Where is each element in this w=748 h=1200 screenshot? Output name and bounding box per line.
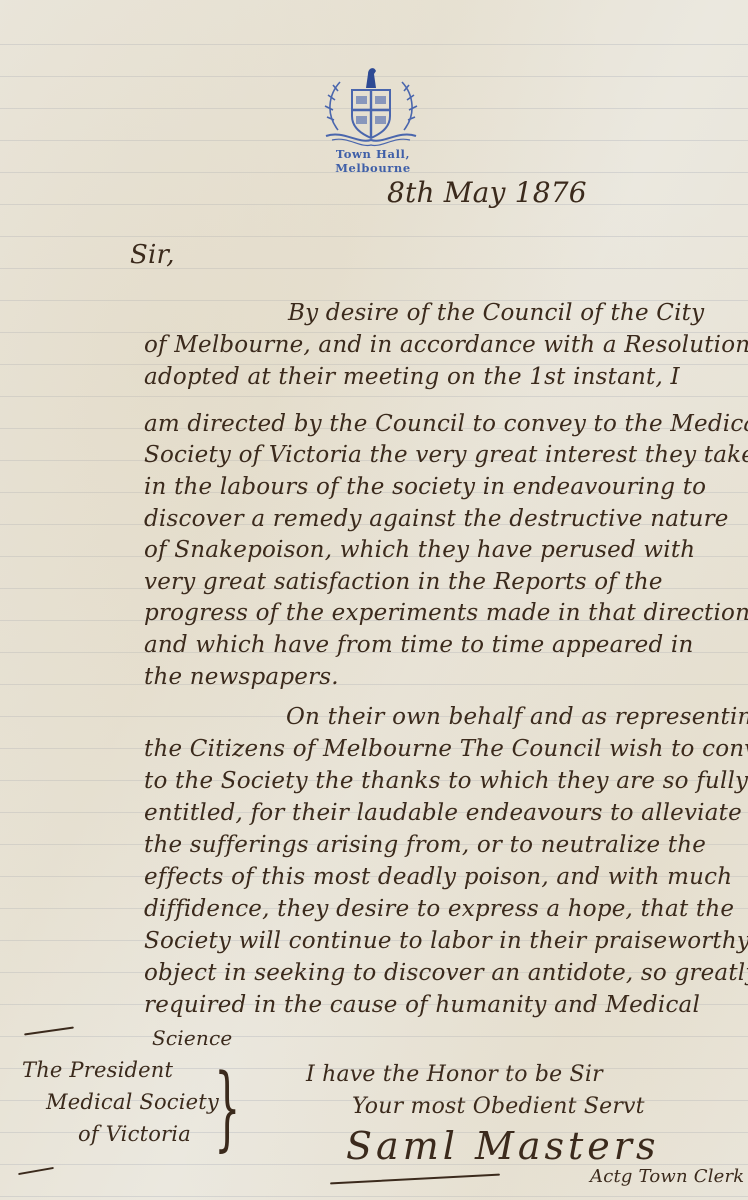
letter-page: Town Hall, Melbourne 8th May 1876 Sir, B… [0, 0, 748, 1200]
coat-of-arms-icon [318, 60, 424, 148]
body-line: diffidence, they desire to express a hop… [144, 896, 734, 922]
closing-line: I have the Honor to be Sir [306, 1062, 603, 1087]
signature: Saml Masters [346, 1124, 659, 1168]
brace-flourish: } [214, 1062, 240, 1154]
closing-line: Your most Obedient Servt [352, 1094, 645, 1119]
body-line: and which have from time to time appeare… [144, 632, 694, 658]
body-line: of Snakepoison, which they have perused … [144, 537, 695, 563]
body-line: very great satisfaction in the Reports o… [144, 569, 663, 595]
body-line: the Citizens of Melbourne The Council wi… [144, 736, 748, 762]
flourish-dash [24, 1027, 74, 1036]
body-line: of Melbourne, and in accordance with a R… [144, 332, 748, 358]
signature-title: Actg Town Clerk [590, 1166, 744, 1187]
letter-date: 8th May 1876 [387, 176, 587, 209]
letterhead-address: Town Hall, Melbourne [296, 147, 450, 175]
body-line: On their own behalf and as representing [286, 704, 748, 730]
body-line: am directed by the Council to convey to … [144, 411, 748, 437]
addressee-line: The President [22, 1058, 173, 1082]
body-line: By desire of the Council of the City [288, 300, 704, 326]
body-line: Science [152, 1026, 232, 1050]
addressee-line: of Victoria [78, 1122, 191, 1146]
body-line: entitled, for their laudable endeavours … [144, 800, 742, 826]
signature-underline [330, 1174, 500, 1184]
body-line: required in the cause of humanity and Me… [144, 992, 700, 1018]
body-line: Society of Victoria the very great inter… [144, 442, 748, 468]
addressee-line: Medical Society [46, 1090, 219, 1114]
body-line: adopted at their meeting on the 1st inst… [144, 364, 680, 390]
body-line: in the labours of the society in endeavo… [144, 474, 706, 500]
body-line: Society will continue to labor in their … [144, 928, 748, 954]
body-line: progress of the experiments made in that… [144, 600, 748, 626]
body-line: the sufferings arising from, or to neutr… [144, 832, 706, 858]
body-line: discover a remedy against the destructiv… [144, 506, 729, 532]
body-line: object in seeking to discover an antidot… [144, 960, 748, 986]
body-line: the newspapers. [144, 664, 339, 690]
body-line: to the Society the thanks to which they … [144, 768, 748, 794]
salutation: Sir, [130, 240, 175, 270]
flourish-dash [18, 1167, 54, 1175]
body-line: effects of this most deadly poison, and … [144, 864, 732, 890]
